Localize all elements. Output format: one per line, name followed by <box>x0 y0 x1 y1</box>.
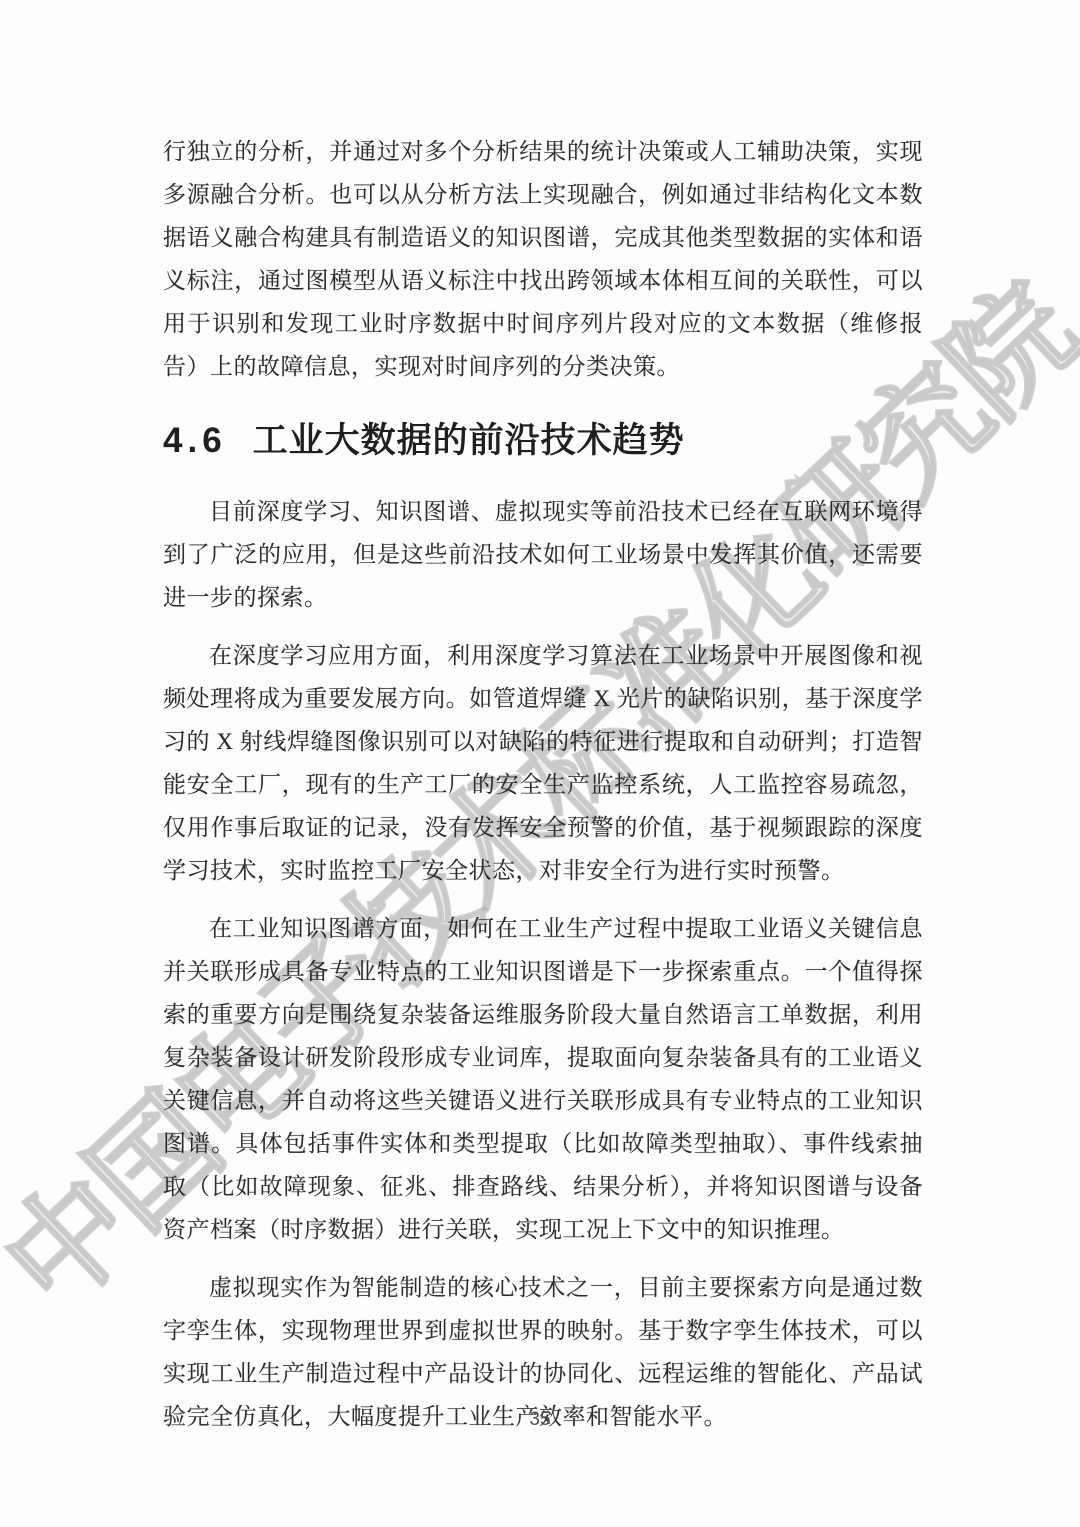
paragraph: 目前深度学习、知识图谱、虚拟现实等前沿技术已经在互联网环境得到了广泛的应用，但是… <box>163 490 923 619</box>
paragraph: 在深度学习应用方面，利用深度学习算法在工业场景中开展图像和视频处理将成为重要发展… <box>163 634 923 892</box>
document-page: 中国电子技术标准化研究院 行独立的分析，并通过对多个分析结果的统计决策或人工辅助… <box>0 0 1080 1527</box>
paragraph: 在工业知识图谱方面，如何在工业生产过程中提取工业语义关键信息并关联形成具备专业特… <box>163 907 923 1251</box>
continuation-paragraph: 行独立的分析，并通过对多个分析结果的统计决策或人工辅助决策，实现多源融合分析。也… <box>163 130 923 388</box>
section-number: 4.6 <box>163 421 227 460</box>
page-number: 35 <box>0 1408 1080 1432</box>
section-title: 工业大数据的前沿技术趋势 <box>253 421 685 460</box>
page-body: 行独立的分析，并通过对多个分析结果的统计决策或人工辅助决策，实现多源融合分析。也… <box>163 130 923 1453</box>
section-heading: 4.6工业大数据的前沿技术趋势 <box>163 418 923 464</box>
